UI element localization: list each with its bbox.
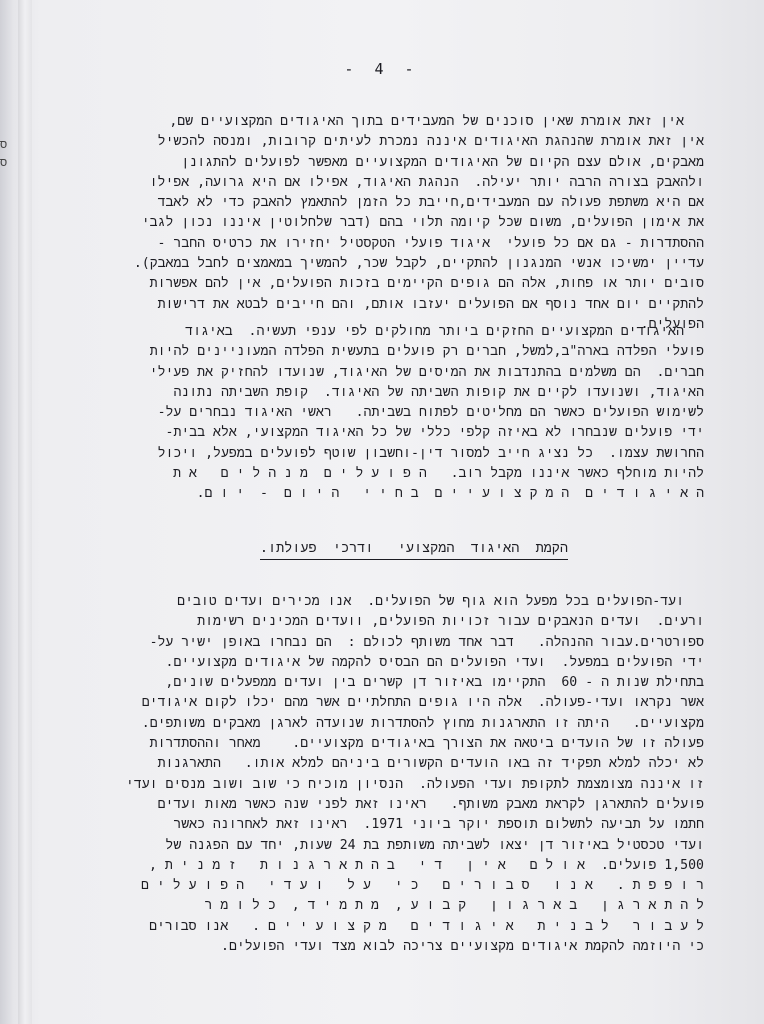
text-line: ההסתדרות - גם אם כל פועלי איגוד פועלי הט… <box>134 234 704 254</box>
text-line: להיות מוחלף כאשר איננו מקבל רוב. ה פ ו ע… <box>150 464 704 484</box>
text-line: מאבקים, אולם עצם הקיום של האיגודים המקצו… <box>134 153 704 173</box>
text-line: לא יכלה למלא תפקיד זה באו הועדים הקשורים… <box>126 754 704 774</box>
text-line: חתמו על תביעה לתשלום תוספת יוקר ביוני 19… <box>126 815 704 835</box>
text-line: לשימוש הפועלים כאשר הם מחליטים לפתוח בשב… <box>150 403 704 423</box>
text-line: ר ו פ פ ת . א נ ו ס ב ו ר י ם כ י ע ל ו … <box>126 876 704 896</box>
text-line: ל ה ת א ר ג ן ב א ר ג ו ן ק ב ו ע , מ ת … <box>126 896 704 916</box>
paragraph-1: אין זאת אומרת שאין סוכנים של המעבידים בת… <box>134 112 704 335</box>
paragraph-3: ועד-הפועלים בכל מפעל הוא גוף של הפועלים.… <box>126 592 704 957</box>
paper-fold-shadow <box>18 0 32 1024</box>
text-line: כי היוזמה להקמת איגודים מקצועיים צריכה ל… <box>126 937 704 957</box>
text-line: האיגודים המקצועיים החזקים ביותר מחולקים … <box>150 322 704 342</box>
text-line: ידי הפועלים במפעל. ועדי הפועלים הם הבסיס… <box>126 653 704 673</box>
text-line: ורעים. ועדים הנאבקים עבור זכויות הפועלים… <box>126 612 704 632</box>
text-line: בתחילת שנות ה - 60 התקיימו באיזור דן קשר… <box>126 673 704 693</box>
text-line: פועלי הפלדה בארה"ב,למשל, חברים רק פועלים… <box>150 342 704 362</box>
edge-mark: ס <box>0 153 7 171</box>
section-heading: הקמת האיגוד המקצועי ודרכי פעולתו. <box>260 540 568 560</box>
text-line: חברים. הם משלמים בהתנדבות את המיסים של ה… <box>150 363 704 383</box>
text-line: זו איננה מצומצמת לתקופת ועדי הפעולה. הנס… <box>126 775 704 795</box>
text-line: ספורטרים.עבור ההנהלה. דבר אחד משותף לכול… <box>126 633 704 653</box>
text-line: ל ע ב ו ר ל ב נ י ת א י ג ו ד י ם מ ק צ … <box>126 917 704 937</box>
text-line: ולהאבק בצורה הרבה יותר יעילה. הנהגת האיג… <box>134 173 704 193</box>
edge-mark: ס <box>0 135 7 153</box>
document-page: ס ס - 4 - אין זאת אומרת שאין סוכנים של ה… <box>0 0 764 1024</box>
text-line: 1,500 פועלים. א ו ל ם א י ן ד י ב ה ת א … <box>126 856 704 876</box>
text-line: את אימון הפועלים, משום שכל קיומה תלוי בה… <box>134 213 704 233</box>
text-line: ועד-הפועלים בכל מפעל הוא גוף של הפועלים.… <box>126 592 704 612</box>
text-line: פועלים להתארגן לקראת מאבק משותף. ראינו ז… <box>126 795 704 815</box>
text-line: אין זאת אומרת שאין סוכנים של המעבידים בת… <box>134 112 704 132</box>
text-line: אשר נקראו ועדי-פעולה. אלה היו גופים התחל… <box>126 693 704 713</box>
text-line: להתקיים יום אחד נוסף אם הפועלים יעזבו או… <box>134 295 704 315</box>
text-line: מקצועיים. היתה זו התארגנות מחוץ להסתדרות… <box>126 714 704 734</box>
text-line: עדיין ימשיכו אנשי המנגנון להתקיים, לקבל … <box>134 254 704 274</box>
page-number: - 4 - <box>0 60 764 78</box>
text-line: פעולה זו של הועדים ביטאה את הצורך באיגוד… <box>126 734 704 754</box>
text-line: ידי פועלים שנבחרו לא באיזה קלפי כללי של … <box>150 423 704 443</box>
edge-marks: ס ס <box>0 135 7 171</box>
text-line: אם היא משתפת פעולה עם המעבידים,חייבת כל … <box>134 193 704 213</box>
text-line: האיגוד, ושנועדו לקיים את קופות השביתה של… <box>150 383 704 403</box>
text-line: סובים יותר או פחות, אלה הם גופים הקיימים… <box>134 274 704 294</box>
paragraph-2: האיגודים המקצועיים החזקים ביותר מחולקים … <box>150 322 704 505</box>
text-line: ה א י ג ו ד י ם ה מ ק צ ו ע י י ם ב ח י … <box>150 484 704 504</box>
text-line: החרושת עצמו. כל נציג חייב למסור דין-וחשב… <box>150 444 704 464</box>
text-line: אין זאת אומרת שהנהגת האיגודים איננה נמכר… <box>134 132 704 152</box>
text-line: ועדי טכסטיל באיזור דן יצאו לשביתה משותפת… <box>126 836 704 856</box>
